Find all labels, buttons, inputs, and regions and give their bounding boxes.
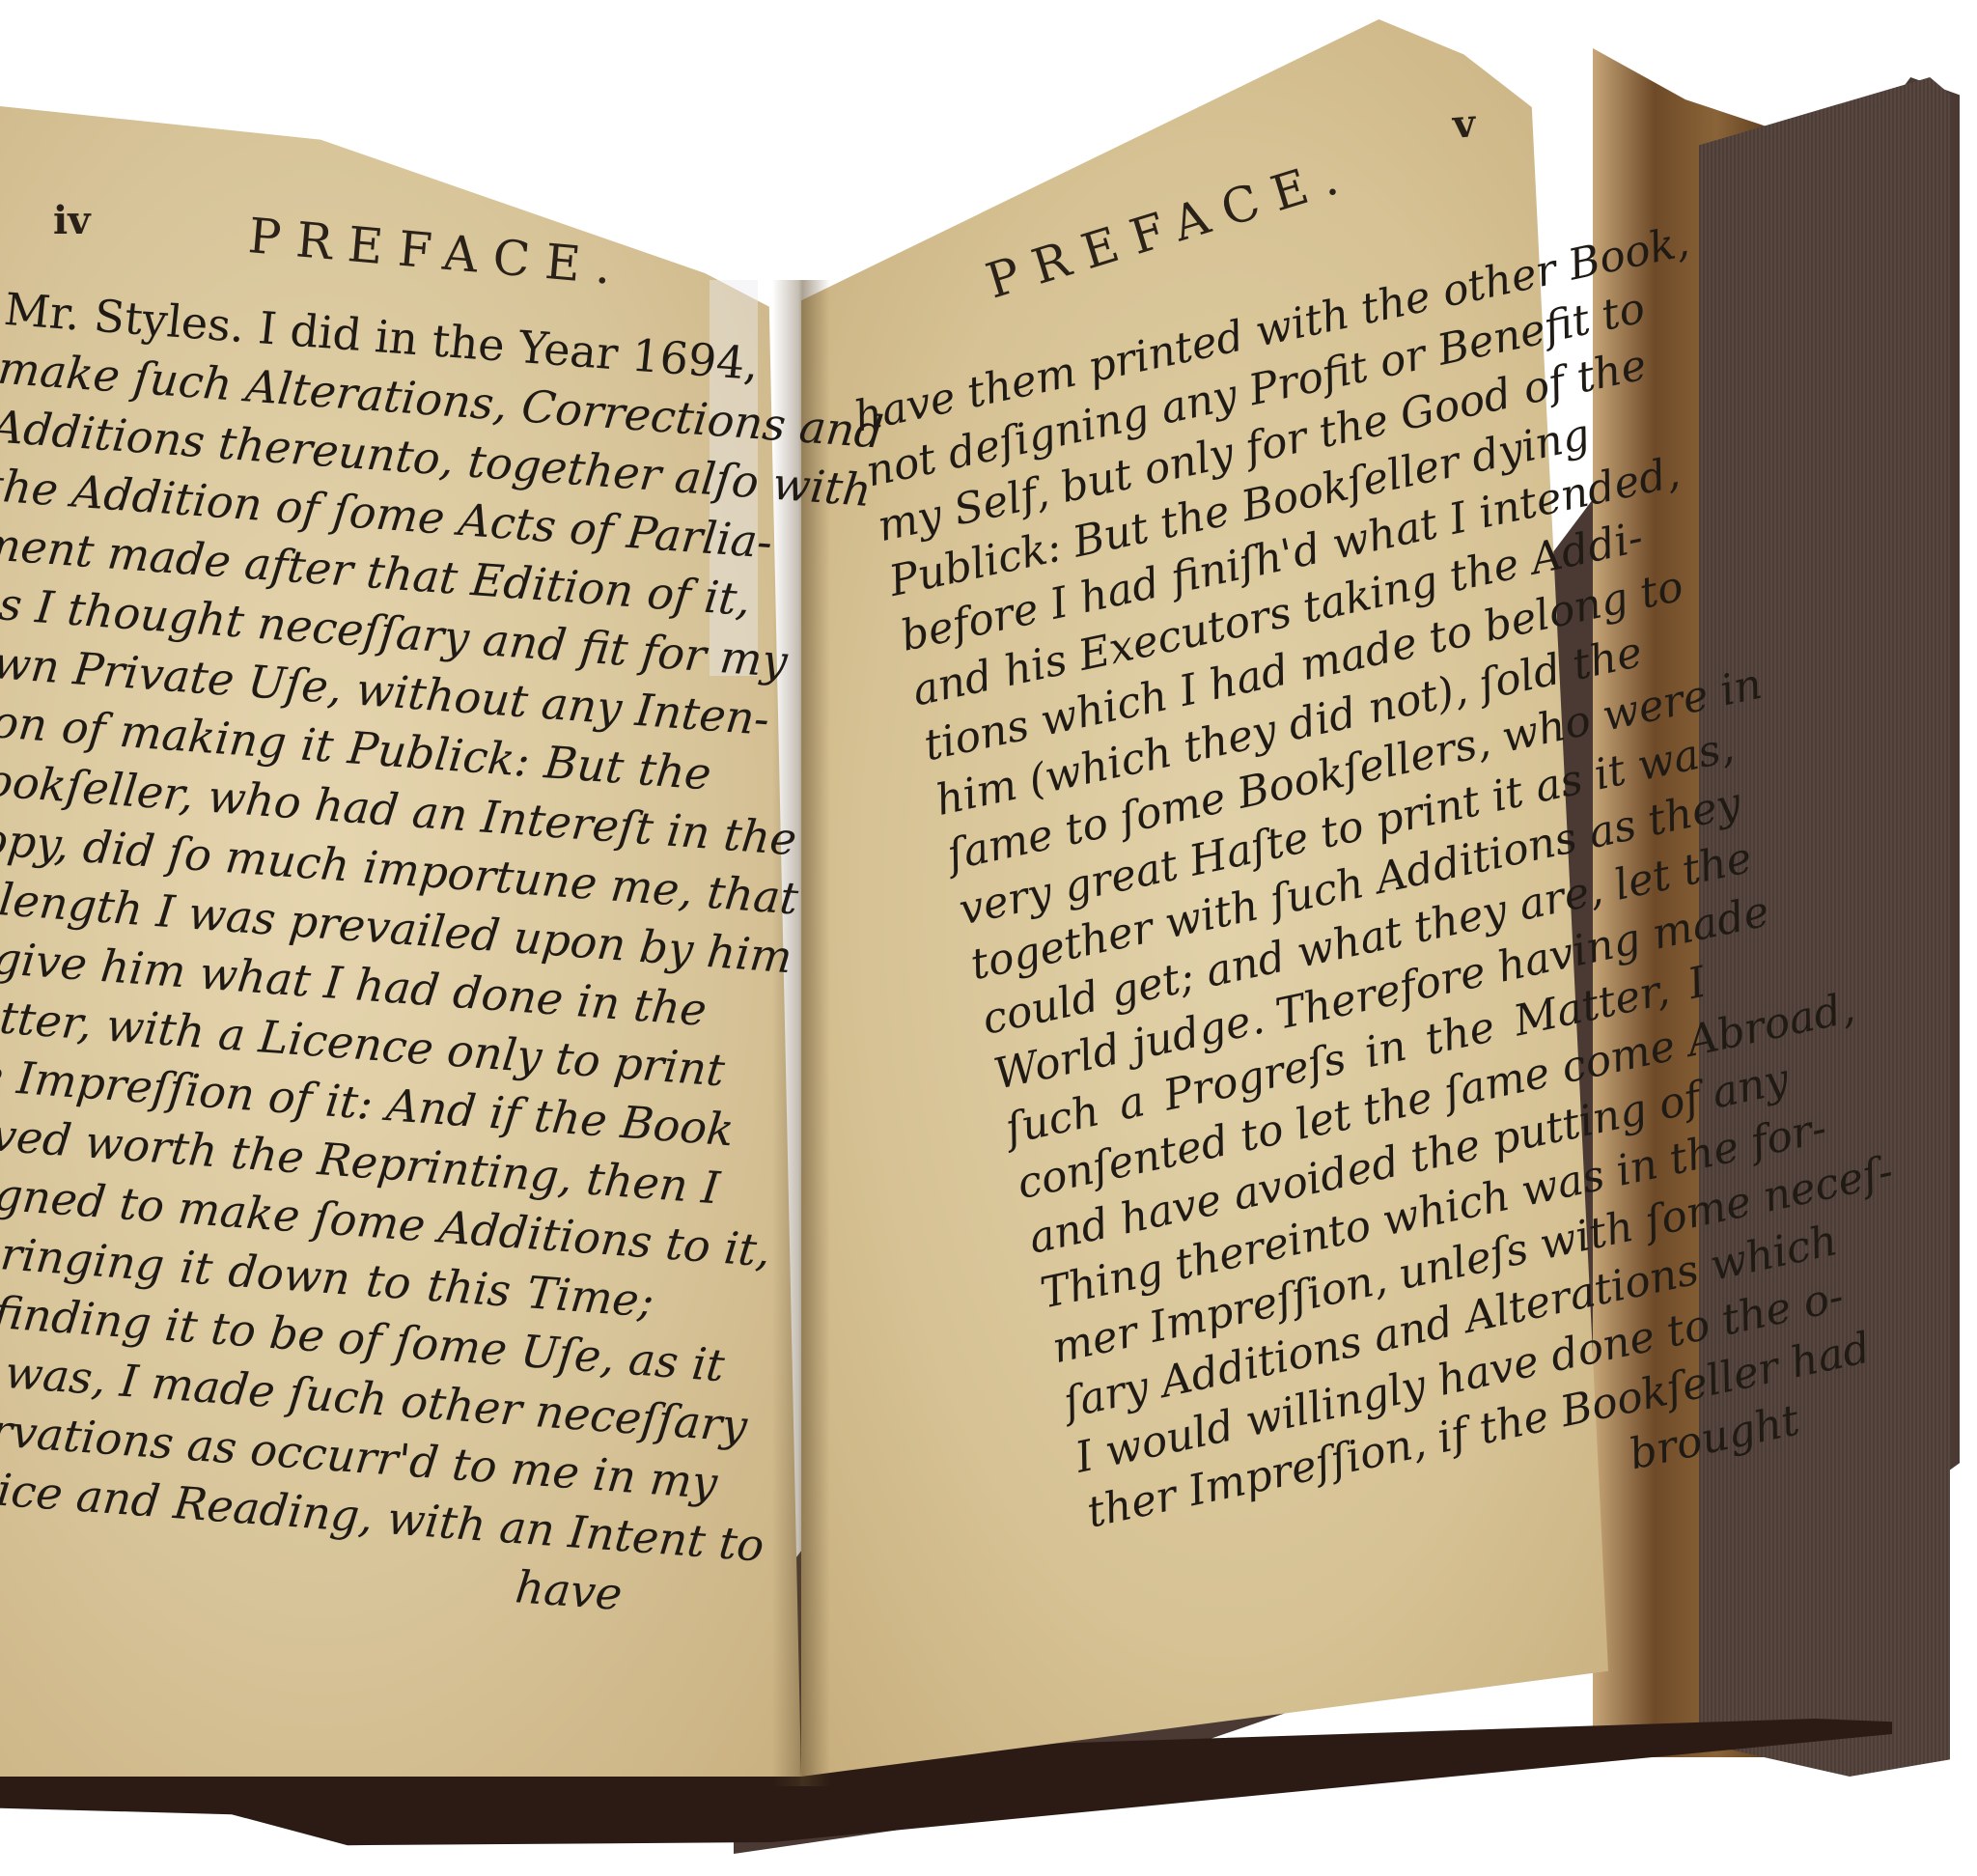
right-page-number: v (1451, 100, 1476, 148)
left-page-body: Mr. Styles. I did in the Year 1694, make… (0, 280, 759, 1624)
left-page-number: iv (53, 198, 90, 243)
open-book-photo: iv PREFACE. Mr. Styles. I did in the Yea… (0, 0, 1977, 1876)
